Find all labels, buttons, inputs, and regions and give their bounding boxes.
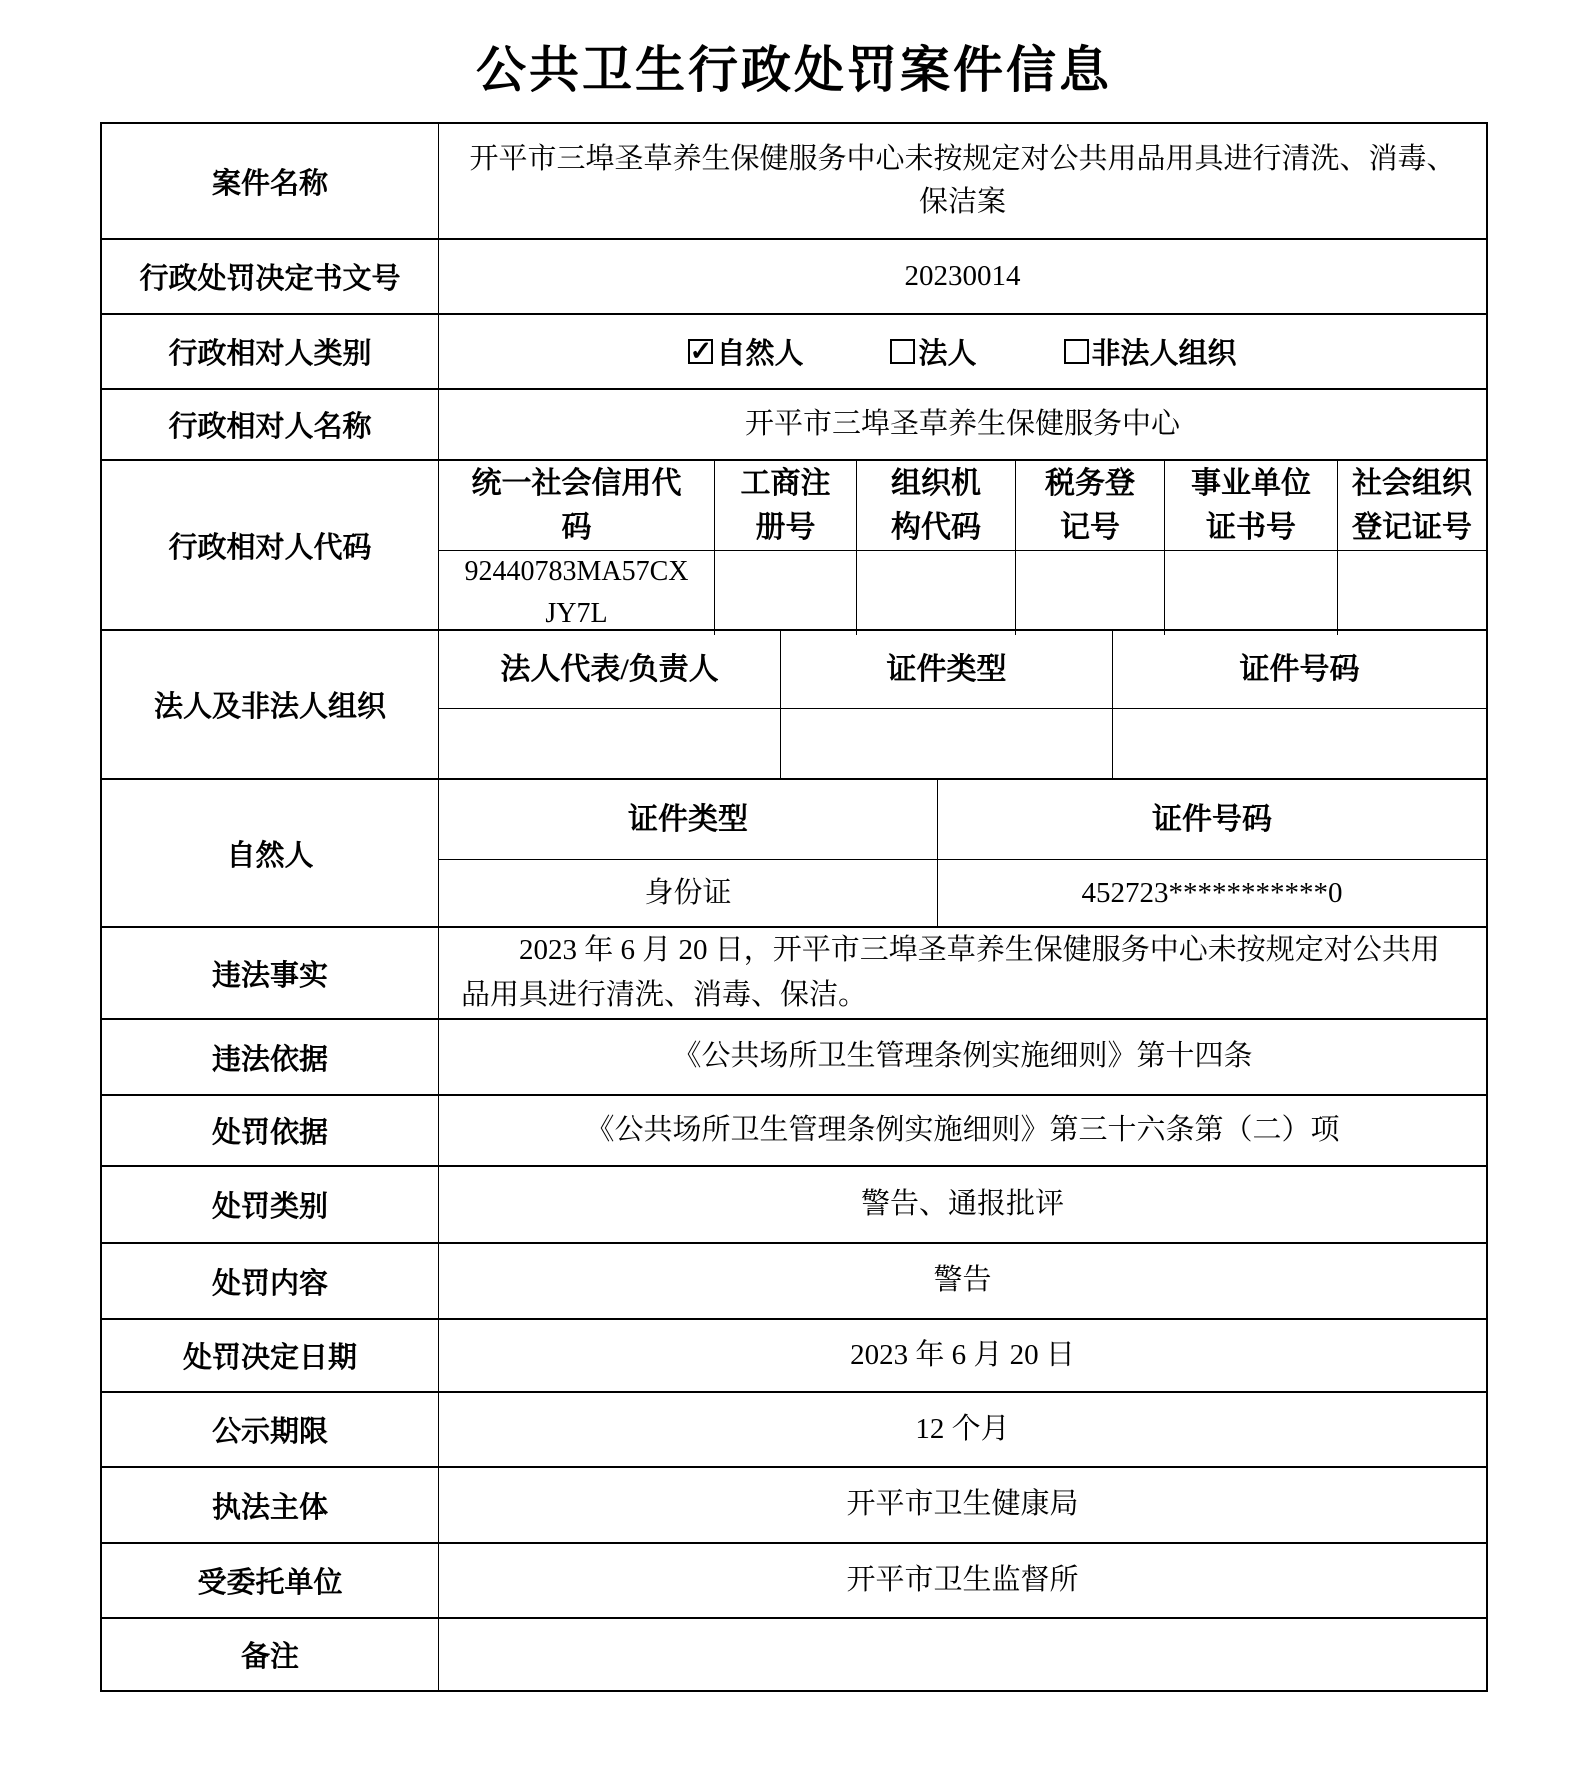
value-penalty-basis: 《公共场所卫生管理条例实施细则》第三十六条第（二）项 — [439, 1096, 1486, 1165]
value-tax-reg-no — [1015, 551, 1164, 635]
label-party-type: 行政相对人类别 — [102, 315, 439, 388]
row-remarks: 备注 — [102, 1617, 1486, 1690]
document-page: 公共卫生行政处罚案件信息 案件名称 开平市三埠圣草养生保健服务中心未按规定对公共… — [0, 0, 1587, 1790]
row-publicity-period: 公示期限 12 个月 — [102, 1391, 1486, 1466]
header-tax-reg-no: 税务登记号 — [1015, 461, 1164, 551]
label-illegal-basis: 违法依据 — [102, 1020, 439, 1094]
option-natural-person: ✓ 自然人 — [688, 331, 803, 372]
value-penalty-date: 2023 年 6 月 20 日 — [439, 1320, 1486, 1391]
row-legal-person-org: 法人及非法人组织 法人代表/负责人 证件类型 证件号码 — [102, 629, 1486, 778]
label-penalty-basis: 处罚依据 — [102, 1096, 439, 1165]
value-org-code — [856, 551, 1015, 635]
row-entrusted-unit: 受委托单位 开平市卫生监督所 — [102, 1542, 1486, 1617]
illegal-fact-text: 2023 年 6 月 20 日，开平市三埠圣草养生保健服务中心未按规定对公共用品… — [461, 928, 1466, 1018]
value-penalty-type: 警告、通报批评 — [439, 1167, 1486, 1242]
checkbox-checked-icon: ✓ — [688, 339, 713, 364]
value-social-org-cert-no — [1337, 551, 1486, 635]
header-id-type: 证件类型 — [780, 631, 1112, 709]
page-title: 公共卫生行政处罚案件信息 — [100, 38, 1488, 103]
label-illegal-fact: 违法事实 — [102, 928, 439, 1018]
case-info-table: 案件名称 开平市三埠圣草养生保健服务中心未按规定对公共用品用具进行清洗、消毒、保… — [100, 122, 1488, 1692]
label-case-name: 案件名称 — [102, 124, 439, 238]
row-party-code: 行政相对人代码 统一社会信用代码 工商注册号 组织机构代码 税务登记号 事业单位… — [102, 459, 1486, 629]
label-publicity-period: 公示期限 — [102, 1393, 439, 1466]
value-institution-cert-no — [1164, 551, 1337, 635]
label-penalty-type: 处罚类别 — [102, 1167, 439, 1242]
option-unincorporated-org: 非法人组织 — [1064, 331, 1237, 372]
value-publicity-period: 12 个月 — [439, 1393, 1486, 1466]
row-illegal-basis: 违法依据 《公共场所卫生管理条例实施细则》第十四条 — [102, 1018, 1486, 1094]
header-org-code: 组织机构代码 — [856, 461, 1015, 551]
legal-person-subtable: 法人代表/负责人 证件类型 证件号码 — [439, 631, 1486, 778]
row-party-name: 行政相对人名称 开平市三埠圣草养生保健服务中心 — [102, 388, 1486, 459]
value-business-reg-no — [714, 551, 856, 635]
header-business-reg-no: 工商注册号 — [714, 461, 856, 551]
label-penalty-date: 处罚决定日期 — [102, 1320, 439, 1391]
label-party-name: 行政相对人名称 — [102, 390, 439, 459]
row-natural-person: 自然人 证件类型 证件号码 身份证 452723***********0 — [102, 778, 1486, 926]
value-illegal-fact: 2023 年 6 月 20 日，开平市三埠圣草养生保健服务中心未按规定对公共用品… — [439, 928, 1486, 1018]
natural-person-subtable: 证件类型 证件号码 身份证 452723***********0 — [439, 780, 1486, 926]
value-id-type: 身份证 — [439, 860, 937, 926]
checkbox-unchecked-icon — [1064, 339, 1089, 364]
label-natural-person: 自然人 — [102, 780, 439, 926]
value-doc-number: 20230014 — [439, 240, 1486, 313]
option-label: 非法人组织 — [1092, 331, 1237, 372]
row-case-name: 案件名称 开平市三埠圣草养生保健服务中心未按规定对公共用品用具进行清洗、消毒、保… — [102, 124, 1486, 238]
header-id-number: 证件号码 — [1112, 631, 1486, 709]
value-id-type — [780, 709, 1112, 778]
value-remarks — [439, 1619, 1486, 1690]
option-label: 自然人 — [716, 331, 803, 372]
header-social-org-cert-no: 社会组织登记证号 — [1337, 461, 1486, 551]
value-id-number: 452723***********0 — [937, 860, 1486, 926]
label-remarks: 备注 — [102, 1619, 439, 1690]
label-doc-number: 行政处罚决定书文号 — [102, 240, 439, 313]
row-illegal-fact: 违法事实 2023 年 6 月 20 日，开平市三埠圣草养生保健服务中心未按规定… — [102, 926, 1486, 1018]
header-institution-cert-no: 事业单位证书号 — [1164, 461, 1337, 551]
value-enforcement-agency: 开平市卫生健康局 — [439, 1468, 1486, 1542]
value-case-name: 开平市三埠圣草养生保健服务中心未按规定对公共用品用具进行清洗、消毒、保洁案 — [439, 124, 1486, 238]
party-type-options: ✓ 自然人 法人 非法人组织 — [439, 315, 1486, 388]
label-party-code: 行政相对人代码 — [102, 461, 439, 629]
checkbox-unchecked-icon — [890, 339, 915, 364]
label-enforcement-agency: 执法主体 — [102, 1468, 439, 1542]
option-label: 法人 — [918, 331, 976, 372]
party-code-subtable: 统一社会信用代码 工商注册号 组织机构代码 税务登记号 事业单位证书号 社会组织… — [439, 461, 1486, 629]
value-penalty-content: 警告 — [439, 1244, 1486, 1318]
value-illegal-basis: 《公共场所卫生管理条例实施细则》第十四条 — [439, 1020, 1486, 1094]
row-penalty-type: 处罚类别 警告、通报批评 — [102, 1165, 1486, 1242]
label-entrusted-unit: 受委托单位 — [102, 1544, 439, 1617]
row-party-type: 行政相对人类别 ✓ 自然人 法人 非法人组织 — [102, 313, 1486, 388]
header-legal-representative: 法人代表/负责人 — [439, 631, 780, 709]
header-credit-code: 统一社会信用代码 — [439, 461, 714, 551]
row-penalty-date: 处罚决定日期 2023 年 6 月 20 日 — [102, 1318, 1486, 1391]
header-id-number: 证件号码 — [937, 780, 1486, 860]
value-legal-representative — [439, 709, 780, 778]
option-legal-person: 法人 — [890, 331, 976, 372]
label-penalty-content: 处罚内容 — [102, 1244, 439, 1318]
label-legal-person-org: 法人及非法人组织 — [102, 631, 439, 778]
header-id-type: 证件类型 — [439, 780, 937, 860]
row-doc-number: 行政处罚决定书文号 20230014 — [102, 238, 1486, 313]
row-enforcement-agency: 执法主体 开平市卫生健康局 — [102, 1466, 1486, 1542]
value-party-name: 开平市三埠圣草养生保健服务中心 — [439, 390, 1486, 459]
value-credit-code: 92440783MA57CXJY7L — [439, 551, 714, 635]
row-penalty-content: 处罚内容 警告 — [102, 1242, 1486, 1318]
value-entrusted-unit: 开平市卫生监督所 — [439, 1544, 1486, 1617]
row-penalty-basis: 处罚依据 《公共场所卫生管理条例实施细则》第三十六条第（二）项 — [102, 1094, 1486, 1165]
value-id-number — [1112, 709, 1486, 778]
